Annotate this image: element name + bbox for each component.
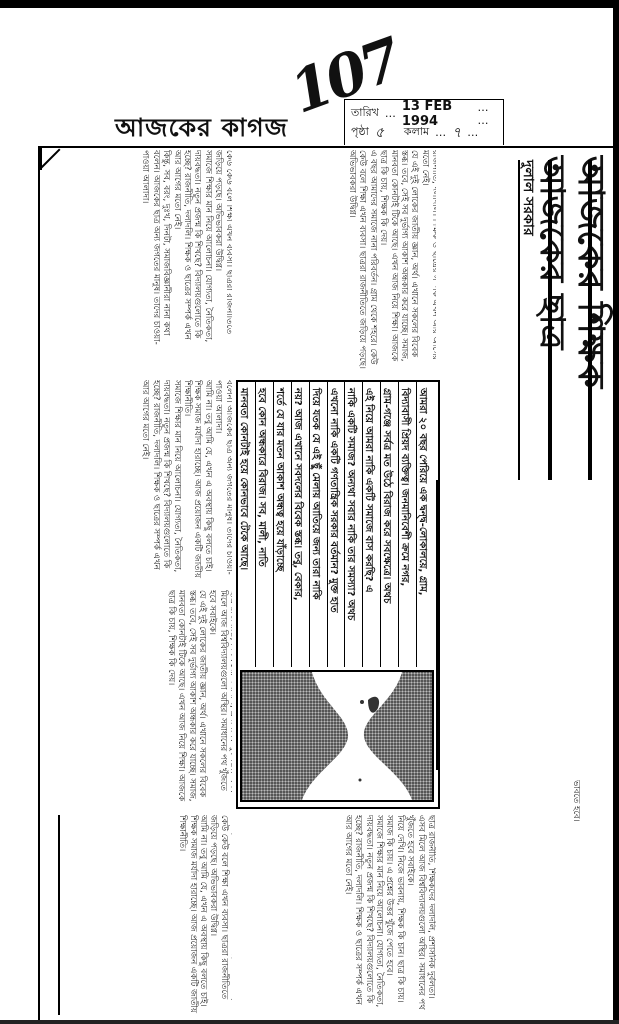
article-column: সমাজে শিক্ষার মান নিয়ে আলোচনা। যোগ্যতা,… [236, 150, 436, 375]
article-column: এ বছর আমাদের সমাজে নানা পরিবর্তন। গ্রাম … [44, 150, 232, 350]
pullquote-line: মানবতা কোনটাই হয়ে কোনভাবে টেকে আছে। [238, 382, 255, 667]
column-text: সমাজে শিক্ষার মান নিয়ে আলোচনা। যোগ্যতা,… [419, 150, 436, 375]
newspaper-masthead: আজকের কাগজ [115, 108, 288, 151]
article-column: নির্দেশ, দুই শিক্ষকের মতে সবচেয়ে জরুরি।… [440, 780, 580, 1015]
pullquote-lines: আমরা ২০ বছর পেরিয়ে এক দ্বন্দ্ব-লোকালয়ে… [238, 382, 434, 667]
scan-bottom-border [0, 1020, 619, 1024]
pullquote-line: নয়? আজ এখানে সবদলের বিবেক স্তব্ধ। তবু, … [291, 382, 309, 667]
headline-rule [588, 160, 592, 480]
pullquote-line: দিয়ে যতক যে এই ছুঁ মেলায় আতিয়ে জন্য ত… [309, 382, 327, 667]
footer-credits: লেখক সংবাদদাতা : দুলাল সরকার, আজকের কাগজ [44, 815, 58, 1015]
pullquote-line: এই নিয়ে আমরা নাকি একটি সমাজে বাস করছি? … [362, 382, 380, 667]
byline: দুলাল সরকার [516, 160, 540, 236]
pullquote-line: নাকি একটি সমাজ? অন্যথা সবার নাকি তার সমস… [344, 382, 362, 667]
pullquote-box: আমরা ২০ বছর পেরিয়ে এক দ্বন্দ্ব-লোকালয়ে… [236, 380, 440, 809]
article-column: নিয়ে দেখি। নিজে ভাবনায়, শিক্ষক কি চান।… [60, 815, 232, 1015]
credits-rule [58, 815, 60, 1015]
column-text: কিন্তু, সব, বরং, দুঃখ, দিনটা, সমাজবিজ্ঞা… [213, 380, 232, 580]
page-label: পৃষ্ঠা [351, 123, 369, 142]
page-value: ৫ [375, 121, 384, 145]
headline-rule [548, 160, 552, 480]
article-column: ছাত্র রাজনীতি, শিক্ষকদের দলাদলি, প্রশাসন… [236, 815, 436, 1015]
pullquote-line: আমরা ২০ বছর পেরিয়ে এক দ্বন্দ্ব-লোকালয়ে… [416, 382, 434, 667]
pullquote-line: এখনো নাকি একটি গণতান্ত্রিক সরকার বর্তমান… [327, 382, 345, 667]
article-column: কিন্তু, সব, বরং, দুঃখ, দিনটা, সমাজবিজ্ঞা… [44, 380, 232, 580]
column-value: ৭ [452, 121, 461, 145]
column-label: কলাম [404, 123, 429, 142]
pullquote-line: গ্রাম-গঞ্জে সর্বত্র মত উঠে বিরাজ করে সবক… [380, 382, 398, 667]
pullquote-line: বিদ্যাবাসী প্রিয়দ ব্যক্তিত্ব। জনমানিবেশ… [398, 382, 416, 667]
article-column: ঐ দিকে, শিক্ষক বলে যে কথা পরে বলবো। আমরা… [590, 480, 612, 1010]
article-column: আমি না। তবু আমি যে, এখন এ অবস্থায় কিছু … [44, 590, 232, 805]
hourglass-icon [302, 672, 422, 800]
column-text: ছাত্র রাজনীতি, শিক্ষকদের দলাদলি, প্রশাসন… [405, 815, 436, 1015]
scan-top-border [0, 0, 619, 8]
byline-rule [518, 160, 520, 480]
headline-block: আজকের শিক্ষক আজকের ছাত্র দুলাল সরকার [506, 150, 614, 480]
hourglass-illustration [240, 670, 434, 802]
pullquote-line: হবে কোন অন্ধকারে বিরাজ। সব, মালী, নাতি [255, 382, 273, 667]
archive-date-stamp: তারিখ … 13 FEB 1994 … … পৃষ্ঠা ৫ কলাম … … [344, 99, 504, 145]
column-text: এ বছর আমাদের সমাজে নানা পরিবর্তন। গ্রাম … [213, 150, 232, 350]
article-column: যে এই দুই লোকের জাতীয় জ্ঞান, অর্থ। এখান… [440, 150, 500, 470]
article-column: লেখা। নিয়োগের হার হতে পারত। নতুন আহ্বান… [506, 480, 586, 770]
pullquote-line: শর্তে যে যার মতন আকাশ অন্ধত্ব হয়ে যাঁড়… [273, 382, 291, 667]
